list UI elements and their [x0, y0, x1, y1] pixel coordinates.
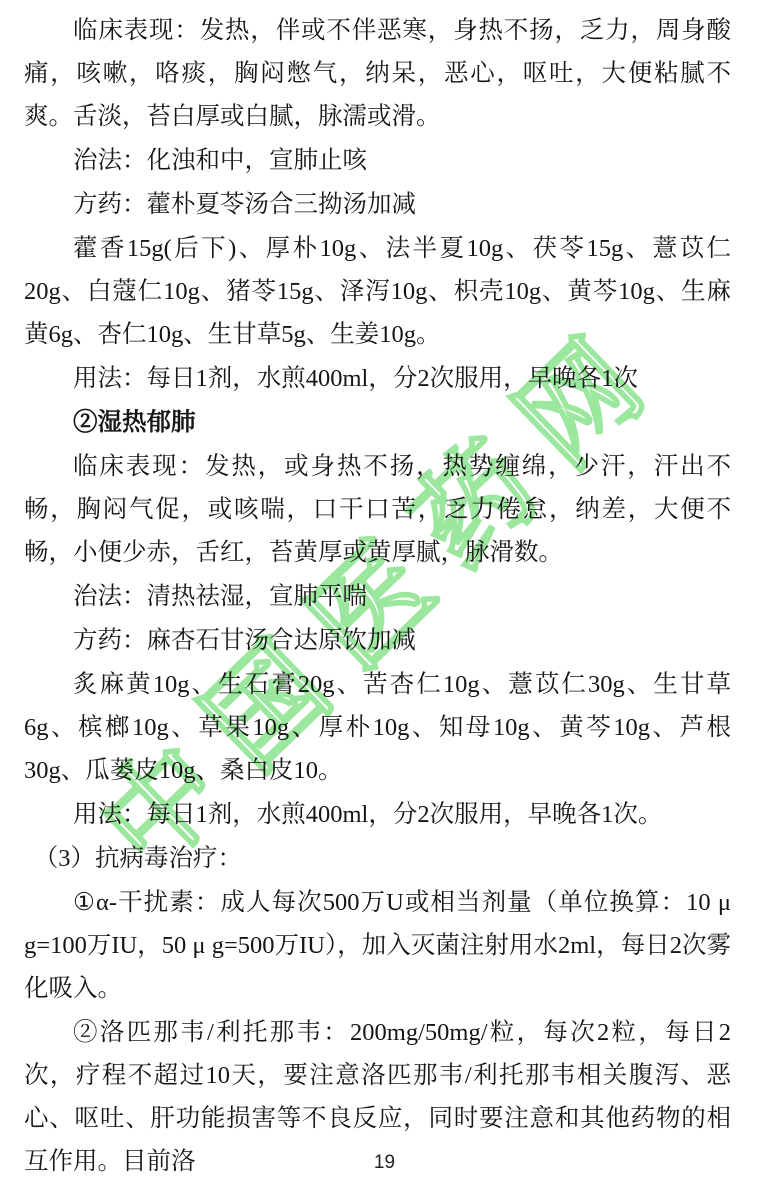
paragraph-herb-list-damp-heat: 炙麻黄10g、生石膏20g、苦杏仁10g、薏苡仁30g、生甘草6g、槟榔10g、…: [24, 663, 731, 792]
paragraph-prescription-damp-heat: 方药：麻杏石甘汤合达原饮加减: [24, 619, 731, 662]
document-page: 中国医药网 临床表现：发热，伴或不伴恶寒，身热不扬，乏力，周身酸痛，咳嗽，咯痰，…: [0, 0, 769, 1200]
document-body: 临床表现：发热，伴或不伴恶寒，身热不扬，乏力，周身酸痛，咳嗽，咯痰，胸闷憋气，纳…: [0, 0, 769, 1183]
paragraph-treatment-method-damp-heat: 治法：清热祛湿，宣肺平喘: [24, 575, 731, 618]
page-footer: 19: [0, 1152, 769, 1174]
paragraph-treatment-method-cold-damp: 治法：化浊和中，宣肺止咳: [24, 139, 731, 182]
paragraph-usage-damp-heat: 用法：每日1剂，水煎400ml，分2次服用，早晚各1次。: [24, 793, 731, 836]
paragraph-usage-cold-damp: 用法：每日1剂，水煎400ml，分2次服用，早晚各1次: [24, 357, 731, 400]
page-number: 19: [374, 1152, 395, 1173]
paragraph-prescription-cold-damp: 方药：藿朴夏苓汤合三拗汤加减: [24, 183, 731, 226]
paragraph-herb-list-cold-damp: 藿香15g(后下)、厚朴10g、法半夏10g、茯苓15g、薏苡仁20g、白蔻仁1…: [24, 227, 731, 356]
paragraph-clinical-manifestations-cold-damp: 临床表现：发热，伴或不伴恶寒，身热不扬，乏力，周身酸痛，咳嗽，咯痰，胸闷憋气，纳…: [24, 9, 731, 138]
section-heading-damp-heat-lung: ②湿热郁肺: [24, 401, 731, 444]
paragraph-clinical-manifestations-damp-heat: 临床表现：发热，或身热不扬，热势缠绵，少汗，汗出不畅，胸闷气促，或咳喘，口干口苦…: [24, 445, 731, 574]
paragraph-interferon: ①α-干扰素：成人每次500万U或相当剂量（单位换算：10 μ g=100万IU…: [24, 881, 731, 1010]
section-heading-antiviral-treatment: （3）抗病毒治疗：: [24, 837, 731, 880]
